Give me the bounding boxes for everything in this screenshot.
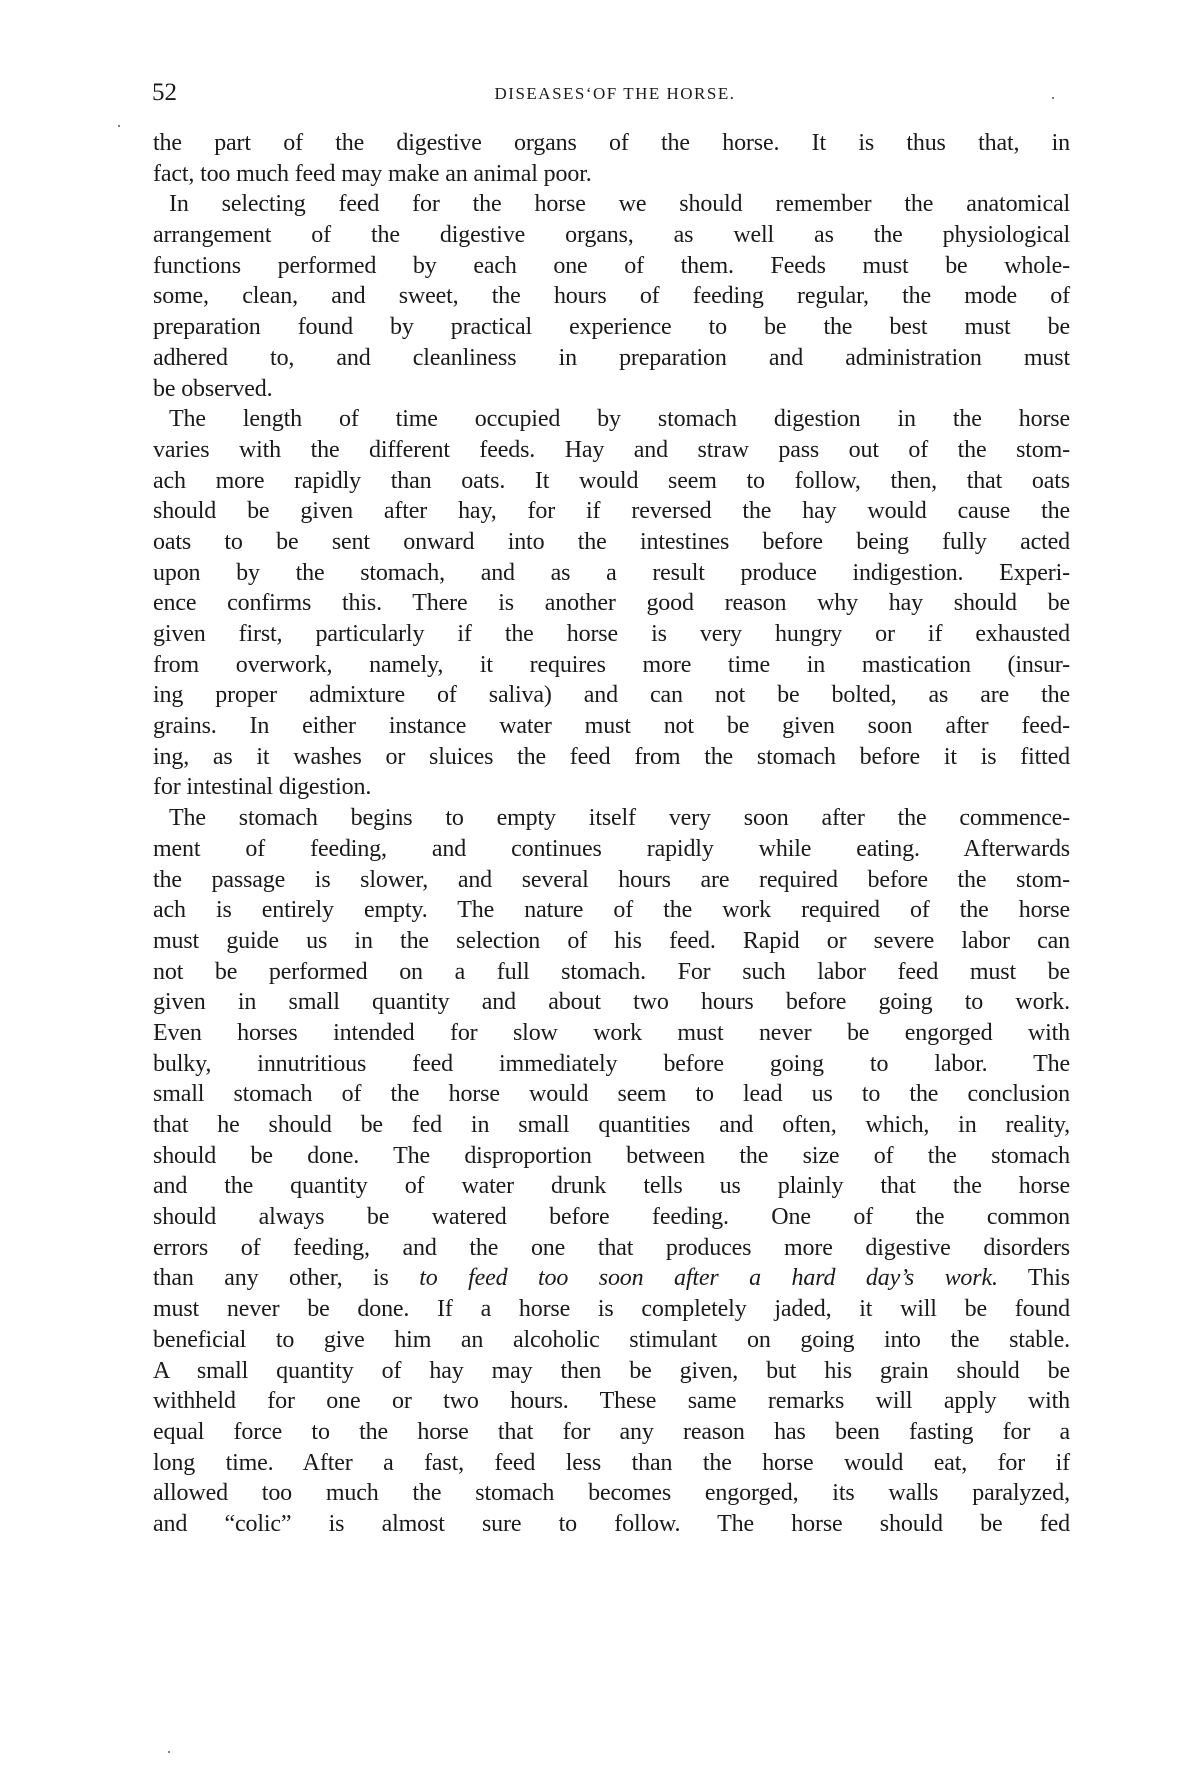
text-line: the part of the digestive organs of the … <box>153 128 1070 159</box>
text-line: beneficial to give him an alcoholic stim… <box>153 1325 1070 1356</box>
text-line: equal force to the horse that for any re… <box>153 1417 1070 1448</box>
text-line: not be performed on a full stomach. For … <box>153 957 1070 988</box>
text-line: should always be watered before feeding.… <box>153 1202 1070 1233</box>
text-line: In selecting feed for the horse we shoul… <box>153 189 1070 220</box>
text-line: should be given after hay, for if revers… <box>153 496 1070 527</box>
text-line: and the quantity of water drunk tells us… <box>153 1171 1070 1202</box>
text-line: some, clean, and sweet, the hours of fee… <box>153 281 1070 312</box>
text-line: that he should be fed in small quantitie… <box>153 1110 1070 1141</box>
text-line: ence confirms this. There is another goo… <box>153 588 1070 619</box>
text-line: fact, too much feed may make an animal p… <box>153 159 1070 190</box>
scan-speck <box>168 1751 170 1753</box>
text-run: than any other, is <box>153 1265 419 1291</box>
body-text: the part of the digestive organs of the … <box>153 128 1070 1540</box>
text-line: than any other, is to feed too soon afte… <box>153 1263 1070 1294</box>
text-line: preparation found by practical experienc… <box>153 312 1070 343</box>
text-line: bulky, innutritious feed immediately bef… <box>153 1049 1070 1080</box>
text-line: for intestinal digestion. <box>153 772 1070 803</box>
text-line: be observed. <box>153 374 1070 405</box>
text-line: and “colic” is almost sure to follow. Th… <box>153 1509 1070 1540</box>
text-run: This <box>998 1265 1070 1291</box>
text-line: ment of feeding, and continues rapidly w… <box>153 834 1070 865</box>
text-line: given first, particularly if the horse i… <box>153 619 1070 650</box>
text-line: grains. In either instance water must no… <box>153 711 1070 742</box>
text-line: allowed too much the stomach becomes eng… <box>153 1478 1070 1509</box>
text-line: from overwork, namely, it requires more … <box>153 650 1070 681</box>
text-line: the passage is slower, and several hours… <box>153 865 1070 896</box>
text-line: The length of time occupied by stomach d… <box>153 404 1070 435</box>
scan-speck <box>118 125 120 127</box>
text-line: upon by the stomach, and as a result pro… <box>153 558 1070 589</box>
text-line: ing, as it washes or sluices the feed fr… <box>153 742 1070 773</box>
running-head: 52 DISEASES‘OF THE HORSE. <box>150 78 1070 108</box>
text-line: ach more rapidly than oats. It would see… <box>153 466 1070 497</box>
scan-speck <box>1052 97 1054 99</box>
text-line: long time. After a fast, feed less than … <box>153 1448 1070 1479</box>
text-line: must guide us in the selection of his fe… <box>153 926 1070 957</box>
text-line: adhered to, and cleanliness in preparati… <box>153 343 1070 374</box>
book-page: 52 DISEASES‘OF THE HORSE. the part of th… <box>0 0 1200 1769</box>
text-line: errors of feeding, and the one that prod… <box>153 1233 1070 1264</box>
text-line: small stomach of the horse would seem to… <box>153 1079 1070 1110</box>
running-title: DISEASES‘OF THE HORSE. <box>150 80 1070 108</box>
text-line: The stomach begins to empty itself very … <box>153 803 1070 834</box>
emphasized-text: to feed too soon after a hard day’s work… <box>419 1265 998 1291</box>
text-line: should be done. The disproportion betwee… <box>153 1141 1070 1172</box>
text-line: ing proper admixture of saliva) and can … <box>153 680 1070 711</box>
text-line: oats to be sent onward into the intestin… <box>153 527 1070 558</box>
text-line: Even horses intended for slow work must … <box>153 1018 1070 1049</box>
text-line: ach is entirely empty. The nature of the… <box>153 895 1070 926</box>
text-line: arrangement of the digestive organs, as … <box>153 220 1070 251</box>
text-line: given in small quantity and about two ho… <box>153 987 1070 1018</box>
text-line: A small quantity of hay may then be give… <box>153 1356 1070 1387</box>
text-line: functions performed by each one of them.… <box>153 251 1070 282</box>
text-line: must never be done. If a horse is comple… <box>153 1294 1070 1325</box>
text-line: withheld for one or two hours. These sam… <box>153 1386 1070 1417</box>
text-line: varies with the different feeds. Hay and… <box>153 435 1070 466</box>
